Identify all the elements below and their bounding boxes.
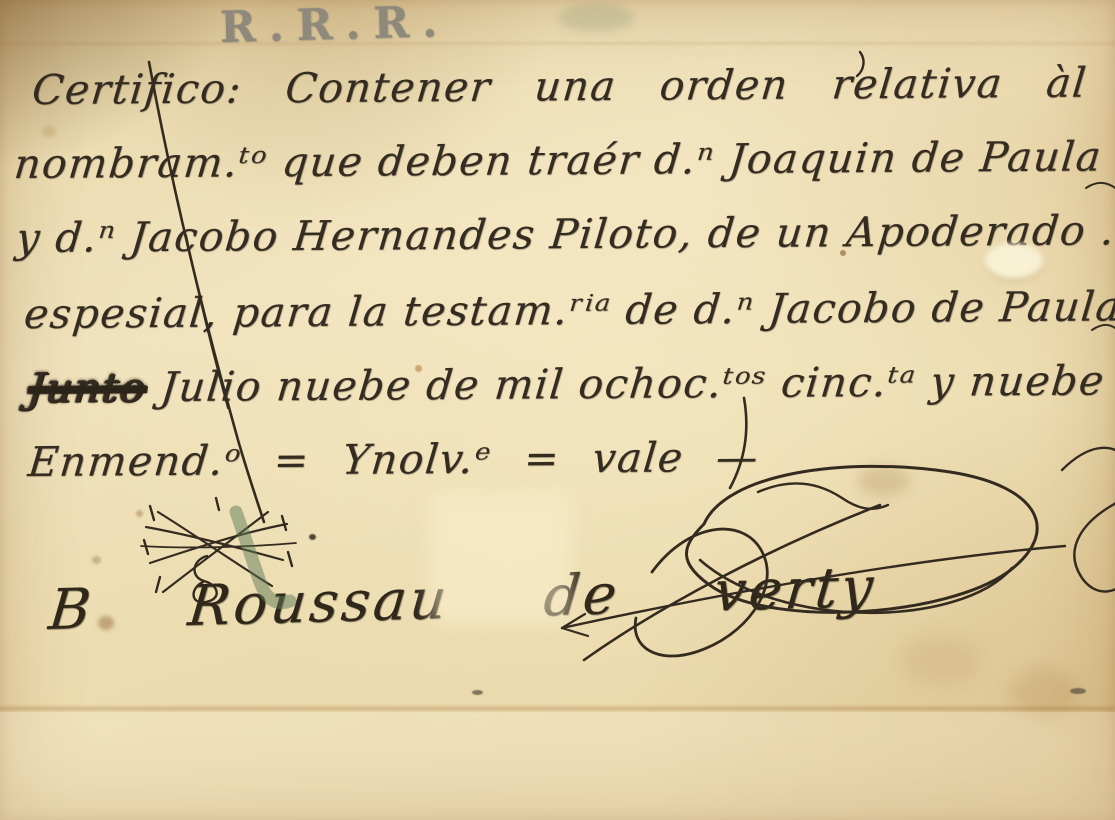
fold-lower-strip: [0, 712, 1115, 820]
green-smudge-top: [558, 4, 634, 32]
manuscript-line-6: Enmend.ᵒ = Ynolv.ᵉ = vale —: [26, 433, 761, 486]
rubric-edge-curl: [1074, 502, 1115, 592]
paper-stain: [900, 636, 980, 684]
fold-line: [0, 705, 1115, 712]
paper-stain: [42, 126, 56, 137]
line-text: nombram.ᵗᵒ que deben traér d.ⁿ Joaquin d…: [12, 132, 1104, 188]
pencil-note: R.R.R.: [219, 0, 450, 53]
paper-speck: [1070, 688, 1086, 694]
rubric-edge-loop: [1062, 448, 1115, 470]
manuscript-page: R.R.R. Certifico: Contener una orden rel…: [0, 0, 1115, 820]
paper-speck: [472, 690, 483, 695]
line-text: Julio nuebe de mil ochoc.ᵗᵒˢ cinc.ᵗᵃ y n…: [159, 356, 1115, 411]
rubric-wave: [758, 483, 888, 508]
manuscript-line-2: nombram.ᵗᵒ que deben traér d.ⁿ Joaquin d…: [12, 133, 1089, 188]
manuscript-line-5: Junto Julio nuebe de mil ochoc.ᵗᵒˢ cinc.…: [26, 357, 1071, 412]
paper-stain: [1010, 668, 1080, 718]
scribble-tick: [288, 552, 292, 566]
paper-stain: [92, 556, 101, 564]
line-text: Certifico: Contener una orden relativa à…: [30, 59, 1089, 114]
manuscript-line-4: espesial, para la testam.ʳⁱᵃ de d.ⁿ Jaco…: [22, 283, 1093, 338]
scribble-tick: [144, 540, 148, 554]
scribble-tick: [216, 498, 219, 510]
crease-top: [0, 42, 1115, 45]
scribble-stroke: [150, 524, 287, 563]
line-text: Enmend.ᵒ = Ynolv.ᵉ = vale —: [26, 433, 761, 486]
paper-speck: [309, 534, 316, 540]
line-text: y d.ⁿ Jacobo Hernandes Piloto, de un Apo…: [14, 206, 1115, 262]
ink-tail: [1086, 183, 1115, 190]
scribble-tick: [282, 516, 286, 530]
scribble-tick: [150, 506, 154, 520]
paper-stain: [858, 466, 910, 496]
paper-stain: [136, 510, 143, 517]
struck-word: Junto: [26, 363, 149, 412]
line-text: espesial, para la testam.ʳⁱᵃ de d.ⁿ Jaco…: [22, 282, 1115, 338]
signature: B Roussau de verty: [46, 555, 879, 643]
manuscript-line-3: y d.ⁿ Jacobo Hernandes Piloto, de un Apo…: [14, 207, 1031, 262]
scribble-stroke: [146, 527, 283, 560]
scribble-stroke: [141, 543, 296, 547]
manuscript-line-1: Certifico: Contener una orden relativa à…: [30, 59, 1089, 114]
